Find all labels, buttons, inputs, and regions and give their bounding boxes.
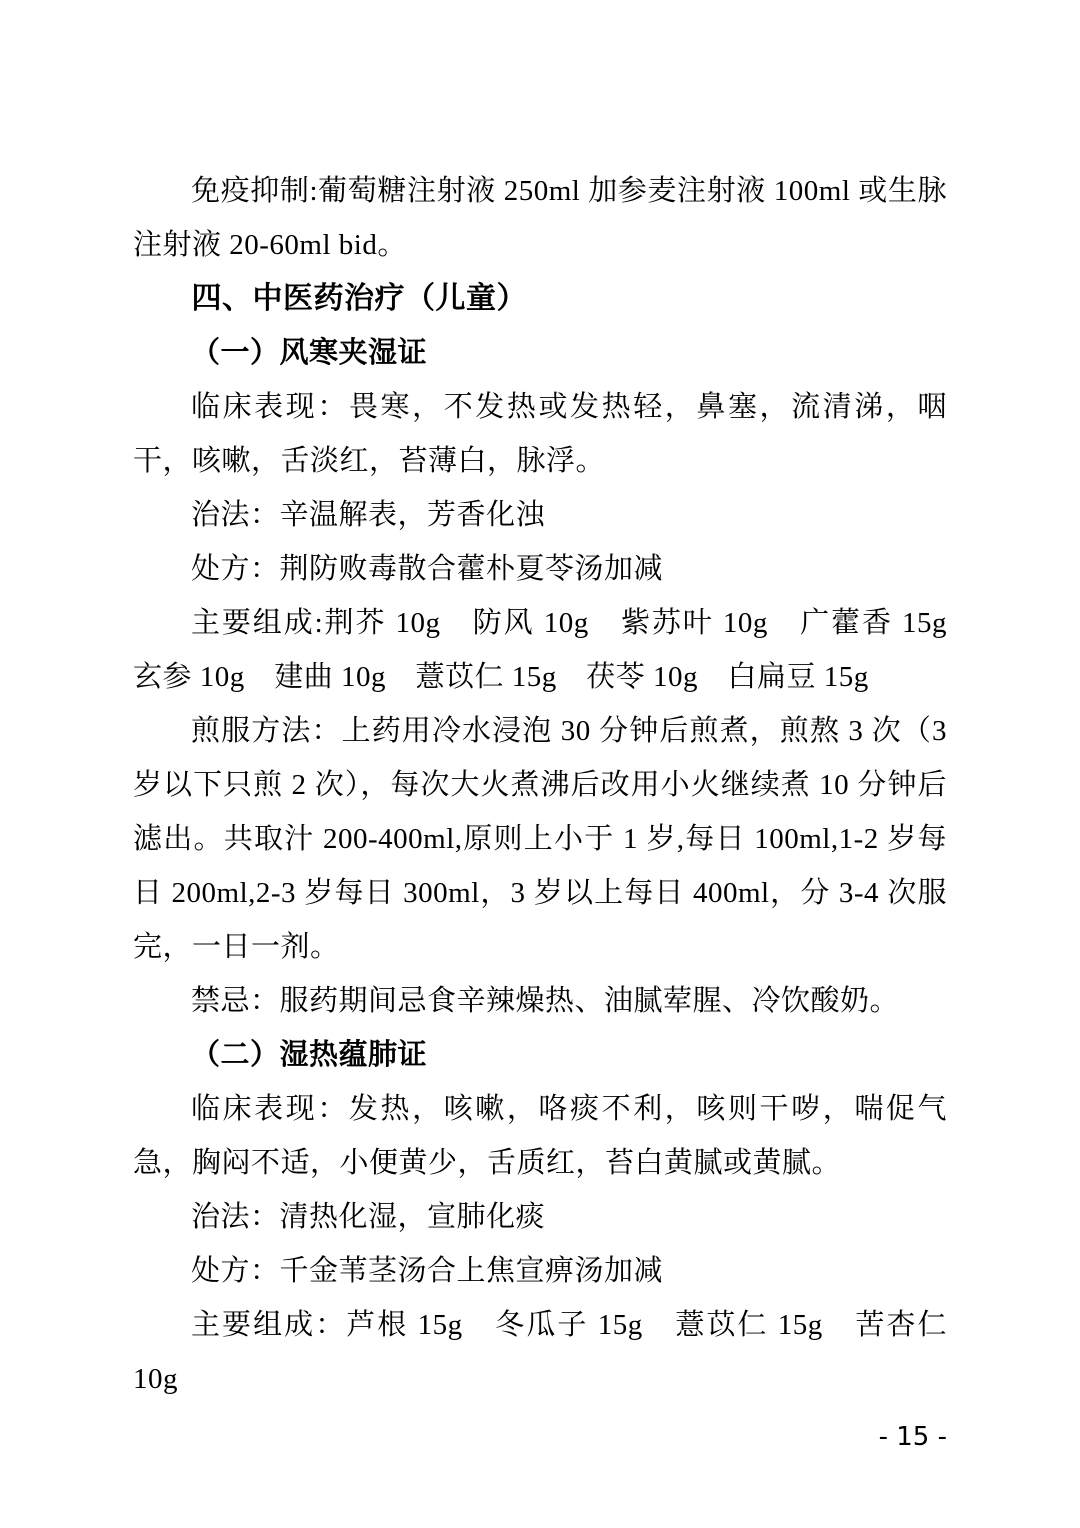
heading-sub-2-damp-heat-lung-syndrome: （二）湿热蕴肺证 (133, 1028, 947, 1082)
paragraph-main-ingredients-1: 主要组成:荆芥 10g 防风 10g 紫苏叶 10g 广藿香 15g 玄参 10… (133, 596, 947, 704)
paragraph-clinical-manifestation-1: 临床表现：畏寒，不发热或发热轻，鼻塞，流清涕，咽干，咳嗽，舌淡红，苔薄白，脉浮。 (133, 380, 947, 488)
heading-sub-1-wind-cold-damp-syndrome: （一）风寒夹湿证 (133, 326, 947, 380)
paragraph-immunosuppression: 免疫抑制:葡萄糖注射液 250ml 加参麦注射液 100ml 或生脉注射液 20… (133, 164, 947, 272)
paragraph-clinical-manifestation-2: 临床表现：发热，咳嗽，咯痰不利，咳则干哕，喘促气急，胸闷不适，小便黄少，舌质红，… (133, 1082, 947, 1190)
paragraph-main-ingredients-2: 主要组成：芦根 15g 冬瓜子 15g 薏苡仁 15g 苦杏仁 10g (133, 1298, 947, 1406)
paragraph-decoction-method: 煎服方法：上药用冷水浸泡 30 分钟后煎煮，煎熬 3 次（3 岁以下只煎 2 次… (133, 704, 947, 974)
heading-section-4-tcm-treatment-children: 四、中医药治疗（儿童） (133, 272, 947, 326)
document-page: 免疫抑制:葡萄糖注射液 250ml 加参麦注射液 100ml 或生脉注射液 20… (0, 0, 1080, 1528)
paragraph-prescription-2: 处方：千金苇茎汤合上焦宣痹汤加减 (133, 1244, 947, 1298)
page-number: - 15 - (879, 1422, 947, 1452)
paragraph-prescription-1: 处方：荆防败毒散合藿朴夏苓汤加减 (133, 542, 947, 596)
paragraph-treatment-method-2: 治法：清热化湿，宣肺化痰 (133, 1190, 947, 1244)
paragraph-contraindications: 禁忌：服药期间忌食辛辣燥热、油腻荤腥、冷饮酸奶。 (133, 974, 947, 1028)
paragraph-treatment-method-1: 治法：辛温解表，芳香化浊 (133, 488, 947, 542)
